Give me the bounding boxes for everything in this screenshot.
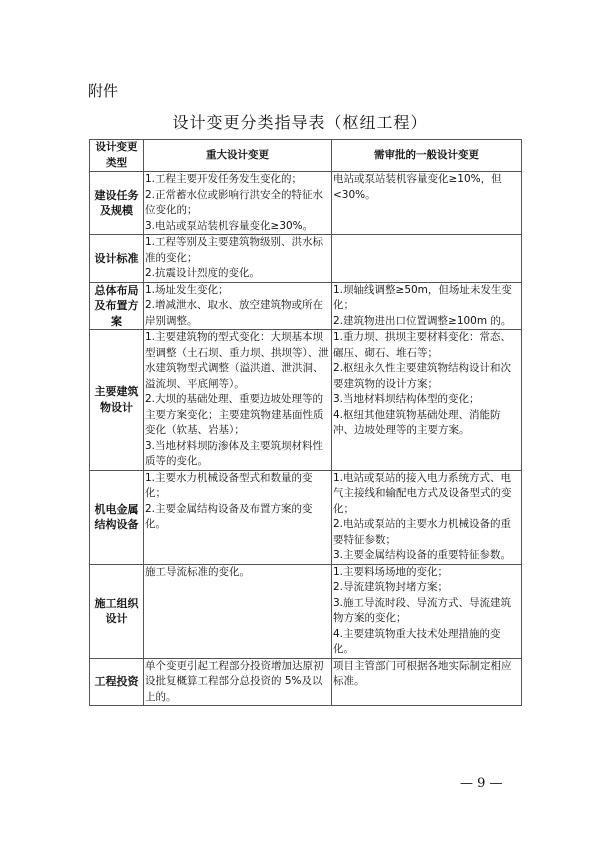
change-item: 2.导流建筑物封堵方案； — [333, 580, 520, 596]
table-row: 施工组织设计施工导流标准的变化。1.主要料场场地的变化；2.导流建筑物封堵方案；… — [90, 564, 522, 658]
change-item: 2.抗震设计烈度的变化。 — [145, 266, 330, 282]
design-change-table: 设计变更类型 重大设计变更 需审批的一般设计变更 建设任务及规模1.工程主要开发… — [89, 139, 522, 706]
major-change-cell: 1.主要水力机械设备型式和数量的变化；2.主要金属结构设备及布置方案的变化。 — [144, 470, 332, 564]
change-type-cell: 设计标准 — [90, 235, 144, 283]
change-item: 4.枢纽其他建筑物基础处理、消能防冲、边坡处理等的主要方案。 — [333, 408, 520, 439]
page-number: — 9 — — [460, 776, 503, 791]
change-item: 2.增减泄水、取水、放空建筑物或所在岸别调整。 — [145, 298, 330, 329]
change-item: 单个变更引起工程部分投资增加达原初设批复概算工程部分总投资的 5%及以上的。 — [145, 659, 330, 706]
general-change-cell — [332, 235, 522, 283]
change-item: 1.坝轴线调整≥50m，但场址未发生变化； — [333, 283, 520, 314]
general-change-cell: 1.主要料场场地的变化；2.导流建筑物封堵方案；3.施工导流时段、导流方式、导流… — [332, 564, 522, 658]
change-item: 1.场址发生变化； — [145, 283, 330, 299]
header-major: 重大设计变更 — [144, 140, 332, 172]
change-item: 1.主要料场场地的变化； — [333, 565, 520, 581]
major-change-cell: 1.场址发生变化；2.增减泄水、取水、放空建筑物或所在岸别调整。 — [144, 282, 332, 330]
change-type-cell: 施工组织设计 — [90, 564, 144, 658]
change-item: 1.工程主要开发任务发生变化的； — [145, 172, 330, 188]
change-item: 2.正常蓄水位或影响行洪安全的特征水位变化的； — [145, 188, 330, 219]
change-type-cell: 工程投资 — [90, 658, 144, 706]
change-type-cell: 机电金属结构设备 — [90, 470, 144, 564]
change-type-cell: 建设任务及规模 — [90, 172, 144, 235]
change-item: 2.枢纽永久性主要建筑物结构设计和次要建筑物的设计方案； — [333, 361, 520, 392]
change-item: 3.当地材料坝结构体型的变化； — [333, 392, 520, 408]
change-item: 2.大坝的基础处理、重要边坡处理等的主要方案变化；主要建筑物建基面性质变化（软基… — [145, 392, 330, 439]
header-type: 设计变更类型 — [90, 140, 144, 172]
table-row: 机电金属结构设备1.主要水力机械设备型式和数量的变化；2.主要金属结构设备及布置… — [90, 470, 522, 564]
change-type-cell: 总体布局及布置方案 — [90, 282, 144, 330]
major-change-cell: 1.工程等别及主要建筑物级别、洪水标准的变化；2.抗震设计烈度的变化。 — [144, 235, 332, 283]
change-item: 电站或泵站装机容量变化≥10%，但<30%。 — [333, 172, 520, 203]
major-change-cell: 1.工程主要开发任务发生变化的；2.正常蓄水位或影响行洪安全的特征水位变化的；3… — [144, 172, 332, 235]
change-item: 1.主要建筑物的型式变化：大坝基本坝型调整（土石坝、重力坝、拱坝等）、泄水建筑物… — [145, 330, 330, 392]
major-change-cell: 施工导流标准的变化。 — [144, 564, 332, 658]
change-item: 项目主管部门可根据各地实际制定相应标准。 — [333, 659, 520, 690]
document-title: 设计变更分类指导表（枢纽工程） — [0, 110, 600, 133]
change-item: 1.重力坝、拱坝主要材料变化：常态、碾压、砌石、堆石等； — [333, 330, 520, 361]
table-row: 建设任务及规模1.工程主要开发任务发生变化的；2.正常蓄水位或影响行洪安全的特征… — [90, 172, 522, 235]
change-item: 2.电站或泵站的主要水力机械设备的重要特征参数； — [333, 517, 520, 548]
change-item: 3.施工导流时段、导流方式、导流建筑物方案的变化； — [333, 596, 520, 627]
change-item: 2.主要金属结构设备及布置方案的变化。 — [145, 502, 330, 533]
general-change-cell: 电站或泵站装机容量变化≥10%，但<30%。 — [332, 172, 522, 235]
change-item: 1.电站或泵站的接入电力系统方式、电气主接线和输配电方式及设备型式的变化； — [333, 471, 520, 518]
table-header-row: 设计变更类型 重大设计变更 需审批的一般设计变更 — [90, 140, 522, 172]
change-item: 施工导流标准的变化。 — [145, 565, 330, 581]
general-change-cell: 1.重力坝、拱坝主要材料变化：常态、碾压、砌石、堆石等；2.枢纽永久性主要建筑物… — [332, 330, 522, 471]
table-row: 主要建筑物设计1.主要建筑物的型式变化：大坝基本坝型调整（土石坝、重力坝、拱坝等… — [90, 330, 522, 471]
change-item: 3.当地材料坝防渗体及主要筑坝材料性质等的变化。 — [145, 439, 330, 470]
change-type-cell: 主要建筑物设计 — [90, 330, 144, 471]
change-item: 2.建筑物进出口位置调整≥100m 的。 — [333, 314, 520, 330]
header-general: 需审批的一般设计变更 — [332, 140, 522, 172]
general-change-cell: 1.电站或泵站的接入电力系统方式、电气主接线和输配电方式及设备型式的变化；2.电… — [332, 470, 522, 564]
change-item: 3.主要金属结构设备的重要特征参数。 — [333, 548, 520, 564]
change-item: 1.工程等别及主要建筑物级别、洪水标准的变化； — [145, 235, 330, 266]
change-item: 4.主要建筑物重大技术处理措施的变化。 — [333, 627, 520, 658]
major-change-cell: 1.主要建筑物的型式变化：大坝基本坝型调整（土石坝、重力坝、拱坝等）、泄水建筑物… — [144, 330, 332, 471]
general-change-cell: 1.坝轴线调整≥50m，但场址未发生变化；2.建筑物进出口位置调整≥100m 的… — [332, 282, 522, 330]
table-row: 设计标准1.工程等别及主要建筑物级别、洪水标准的变化；2.抗震设计烈度的变化。 — [90, 235, 522, 283]
change-item: 1.主要水力机械设备型式和数量的变化； — [145, 471, 330, 502]
general-change-cell: 项目主管部门可根据各地实际制定相应标准。 — [332, 658, 522, 706]
major-change-cell: 单个变更引起工程部分投资增加达原初设批复概算工程部分总投资的 5%及以上的。 — [144, 658, 332, 706]
table-row: 工程投资单个变更引起工程部分投资增加达原初设批复概算工程部分总投资的 5%及以上… — [90, 658, 522, 706]
change-item: 3.电站或泵站装机容量变化≥30%。 — [145, 219, 330, 235]
attachment-label: 附件 — [88, 80, 118, 101]
table-row: 总体布局及布置方案1.场址发生变化；2.增减泄水、取水、放空建筑物或所在岸别调整… — [90, 282, 522, 330]
